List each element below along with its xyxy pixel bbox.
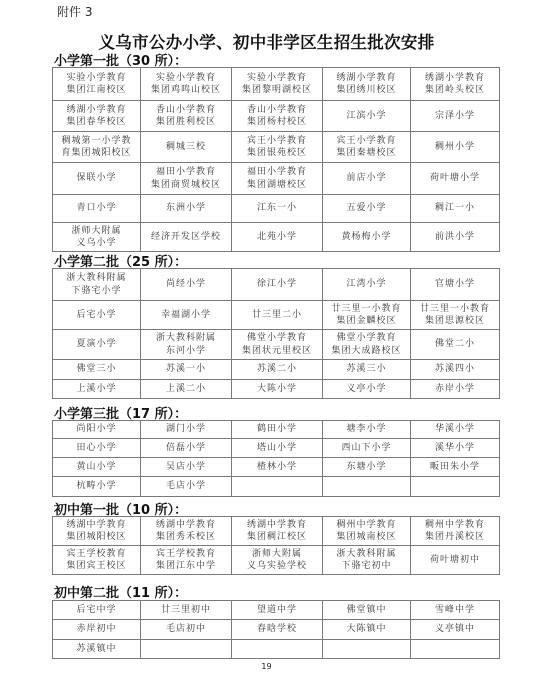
table-row: 稠城第一小学教 育集团城阳校区 稠城三校 宾王小学教育 集团银苑校区 宾王小学教…	[53, 132, 500, 163]
school-cell: 佛堂小学教育 集团状元里校区	[232, 330, 323, 360]
attachment-label: 附件 3	[57, 3, 92, 20]
table-row: 绣湖小学教育 集团春华校区 香山小学教育 集团胜利校区 香山小学教育 集团杨村校…	[53, 101, 500, 132]
school-cell: 黄山小学	[53, 458, 141, 477]
school-cell: 宾王学校教育 集团宾王校区	[53, 546, 141, 575]
school-cell: 绣湖中学教育 集团稠江校区	[232, 517, 323, 546]
school-cell: 佛堂三小	[53, 360, 141, 380]
school-cell: 尚经小学	[141, 269, 232, 301]
school-cell: 浙师大附属 义乌小学	[53, 223, 141, 252]
table-row: 后宅小学 幸福湖小学 廿三里二小 廿三里一小教育 集团金麟校区 廿三里一小教育 …	[53, 301, 500, 330]
school-cell: 江滨小学	[323, 101, 411, 132]
school-cell: 吴店小学	[141, 458, 232, 477]
school-cell: 宾王小学教育 集团秦塘校区	[323, 132, 411, 163]
school-cell: 五爱小学	[323, 195, 411, 223]
table-row: 赤岸初中 毛店初中 春晗学校 大陈镇中 义亭镇中	[53, 620, 500, 640]
table-row: 青口小学 东洲小学 江东一小 五爱小学 稠江一小	[53, 195, 500, 223]
school-cell: 北苑小学	[232, 223, 323, 252]
school-cell	[411, 640, 500, 659]
school-cell: 义亭小学	[323, 380, 411, 399]
school-cell: 雪峰中学	[411, 601, 500, 620]
school-cell: 倍磊小学	[141, 439, 232, 458]
school-cell: 大陈小学	[232, 380, 323, 399]
school-cell: 绣湖小学教育 集团春华校区	[53, 101, 141, 132]
school-cell: 稠州小学	[411, 132, 500, 163]
school-cell: 廿三里一小教育 集团金麟校区	[323, 301, 411, 330]
school-cell: 田心小学	[53, 439, 141, 458]
school-cell: 上溪二小	[141, 380, 232, 399]
school-cell: 义亭镇中	[411, 620, 500, 640]
school-cell: 浙大教科附属 下骆宅小学	[53, 269, 141, 301]
school-cell: 东塘小学	[323, 458, 411, 477]
school-cell: 宾王学校教育 集团江东中学	[141, 546, 232, 575]
school-cell: 溪华小学	[411, 439, 500, 458]
school-cell: 西山下小学	[323, 439, 411, 458]
table-row: 田心小学 倍磊小学 塔山小学 西山下小学 溪华小学	[53, 439, 500, 458]
section-heading-middle-batch-2: 初中第二批（11 所）：	[54, 582, 187, 601]
school-cell: 楂林小学	[232, 458, 323, 477]
school-cell: 大陈镇中	[323, 620, 411, 640]
school-cell: 绣湖中学教育 集团城阳校区	[53, 517, 141, 546]
school-cell: 春晗学校	[232, 620, 323, 640]
school-cell: 廿三里初中	[141, 601, 232, 620]
school-cell: 青口小学	[53, 195, 141, 223]
table-row: 保联小学 福田小学教育 集团商贸城校区 福田小学教育 集团湖塘校区 前店小学 荷…	[53, 163, 500, 195]
school-cell: 塔山小学	[232, 439, 323, 458]
school-cell: 绣湖小学教育 集团绣川校区	[323, 68, 411, 101]
school-cell: 尚阳小学	[53, 421, 141, 439]
school-cell: 徐江小学	[232, 269, 323, 301]
school-cell: 福田小学教育 集团湖塘校区	[232, 163, 323, 195]
school-cell: 毛店小学	[141, 477, 232, 497]
school-cell: 浙大教科附属 东河小学	[141, 330, 232, 360]
school-cell: 江东一小	[232, 195, 323, 223]
school-cell: 福田小学教育 集团商贸城校区	[141, 163, 232, 195]
school-cell: 华溪小学	[411, 421, 500, 439]
school-cell: 苏溪一小	[141, 360, 232, 380]
table-row: 绣湖中学教育 集团城阳校区 绣湖中学教育 集团秀禾校区 绣湖中学教育 集团稠江校…	[53, 517, 500, 546]
school-cell: 香山小学教育 集团胜利校区	[141, 101, 232, 132]
school-cell: 宾王小学教育 集团银苑校区	[232, 132, 323, 163]
school-cell: 实验小学教育 集团黎明湖校区	[232, 68, 323, 101]
school-cell: 香山小学教育 集团杨村校区	[232, 101, 323, 132]
school-table-primary-batch-1: 实验小学教育 集团江南校区 实验小学教育 集团鸡鸣山校区 实验小学教育 集团黎明…	[52, 67, 500, 252]
school-cell: 荷叶塘初中	[411, 546, 500, 575]
school-cell: 浙大教科附属 下骆宅初中	[323, 546, 411, 575]
school-cell: 苏溪二小	[232, 360, 323, 380]
school-cell: 毛店初中	[141, 620, 232, 640]
school-cell: 佛堂镇中	[323, 601, 411, 620]
school-cell	[232, 477, 323, 497]
school-cell: 佛堂二小	[411, 330, 500, 360]
school-cell: 杭畴小学	[53, 477, 141, 497]
school-cell: 经济开发区学校	[141, 223, 232, 252]
school-cell: 苏溪三小	[323, 360, 411, 380]
school-cell: 保联小学	[53, 163, 141, 195]
school-cell: 前店小学	[323, 163, 411, 195]
school-cell: 东洲小学	[141, 195, 232, 223]
school-cell: 后宅中学	[53, 601, 141, 620]
school-table-middle-batch-2: 后宅中学 廿三里初中 望道中学 佛堂镇中 雪峰中学 赤岸初中 毛店初中 春晗学校…	[52, 600, 500, 659]
school-cell: 廿三里一小教育 集团思源校区	[411, 301, 500, 330]
school-cell: 官塘小学	[411, 269, 500, 301]
school-table-primary-batch-2: 浙大教科附属 下骆宅小学 尚经小学 徐江小学 江湾小学 官塘小学 后宅小学 幸福…	[52, 268, 500, 399]
school-cell: 上溪小学	[53, 380, 141, 399]
school-cell: 苏溪镇中	[53, 640, 141, 659]
school-cell: 稠城第一小学教 育集团城阳校区	[53, 132, 141, 163]
school-cell: 稠州中学教育 集团城南校区	[323, 517, 411, 546]
school-table-primary-batch-3: 尚阳小学 湖门小学 鹤田小学 塘李小学 华溪小学 田心小学 倍磊小学 塔山小学 …	[52, 420, 500, 497]
school-cell: 实验小学教育 集团鸡鸣山校区	[141, 68, 232, 101]
school-cell: 幸福湖小学	[141, 301, 232, 330]
table-row: 实验小学教育 集团江南校区 实验小学教育 集团鸡鸣山校区 实验小学教育 集团黎明…	[53, 68, 500, 101]
school-cell	[323, 477, 411, 497]
page-number: 19	[0, 662, 533, 671]
school-cell	[141, 640, 232, 659]
table-row: 佛堂三小 苏溪一小 苏溪二小 苏溪三小 苏溪四小	[53, 360, 500, 380]
school-cell: 绣湖中学教育 集团秀禾校区	[141, 517, 232, 546]
school-cell: 畈田朱小学	[411, 458, 500, 477]
table-row: 苏溪镇中	[53, 640, 500, 659]
school-cell: 稠城三校	[141, 132, 232, 163]
school-cell: 黄杨梅小学	[323, 223, 411, 252]
school-cell: 绣湖小学教育 集团岭头校区	[411, 68, 500, 101]
school-cell: 稠州中学教育 集团丹溪校区	[411, 517, 500, 546]
table-row: 夏演小学 浙大教科附属 东河小学 佛堂小学教育 集团状元里校区 佛堂小学教育 集…	[53, 330, 500, 360]
school-cell	[232, 640, 323, 659]
school-cell: 江湾小学	[323, 269, 411, 301]
school-cell: 宗泽小学	[411, 101, 500, 132]
school-cell: 湖门小学	[141, 421, 232, 439]
school-cell: 实验小学教育 集团江南校区	[53, 68, 141, 101]
school-cell: 望道中学	[232, 601, 323, 620]
table-row: 浙大教科附属 下骆宅小学 尚经小学 徐江小学 江湾小学 官塘小学	[53, 269, 500, 301]
school-cell: 鹤田小学	[232, 421, 323, 439]
table-row: 宾王学校教育 集团宾王校区 宾王学校教育 集团江东中学 浙师大附属 义乌实验学校…	[53, 546, 500, 575]
school-cell: 夏演小学	[53, 330, 141, 360]
school-cell: 稠江一小	[411, 195, 500, 223]
school-cell: 荷叶塘小学	[411, 163, 500, 195]
table-row: 杭畴小学 毛店小学	[53, 477, 500, 497]
school-cell: 赤岸初中	[53, 620, 141, 640]
table-row: 黄山小学 吴店小学 楂林小学 东塘小学 畈田朱小学	[53, 458, 500, 477]
school-cell	[411, 477, 500, 497]
school-cell: 佛堂小学教育 集团大成路校区	[323, 330, 411, 360]
school-cell: 廿三里二小	[232, 301, 323, 330]
table-row: 浙师大附属 义乌小学 经济开发区学校 北苑小学 黄杨梅小学 前洪小学	[53, 223, 500, 252]
school-table-middle-batch-1: 绣湖中学教育 集团城阳校区 绣湖中学教育 集团秀禾校区 绣湖中学教育 集团稠江校…	[52, 516, 500, 575]
school-cell: 苏溪四小	[411, 360, 500, 380]
school-cell: 浙师大附属 义乌实验学校	[232, 546, 323, 575]
school-cell	[323, 640, 411, 659]
table-row: 尚阳小学 湖门小学 鹤田小学 塘李小学 华溪小学	[53, 421, 500, 439]
school-cell: 塘李小学	[323, 421, 411, 439]
table-row: 上溪小学 上溪二小 大陈小学 义亭小学 赤岸小学	[53, 380, 500, 399]
school-cell: 赤岸小学	[411, 380, 500, 399]
table-row: 后宅中学 廿三里初中 望道中学 佛堂镇中 雪峰中学	[53, 601, 500, 620]
school-cell: 后宅小学	[53, 301, 141, 330]
school-cell: 前洪小学	[411, 223, 500, 252]
